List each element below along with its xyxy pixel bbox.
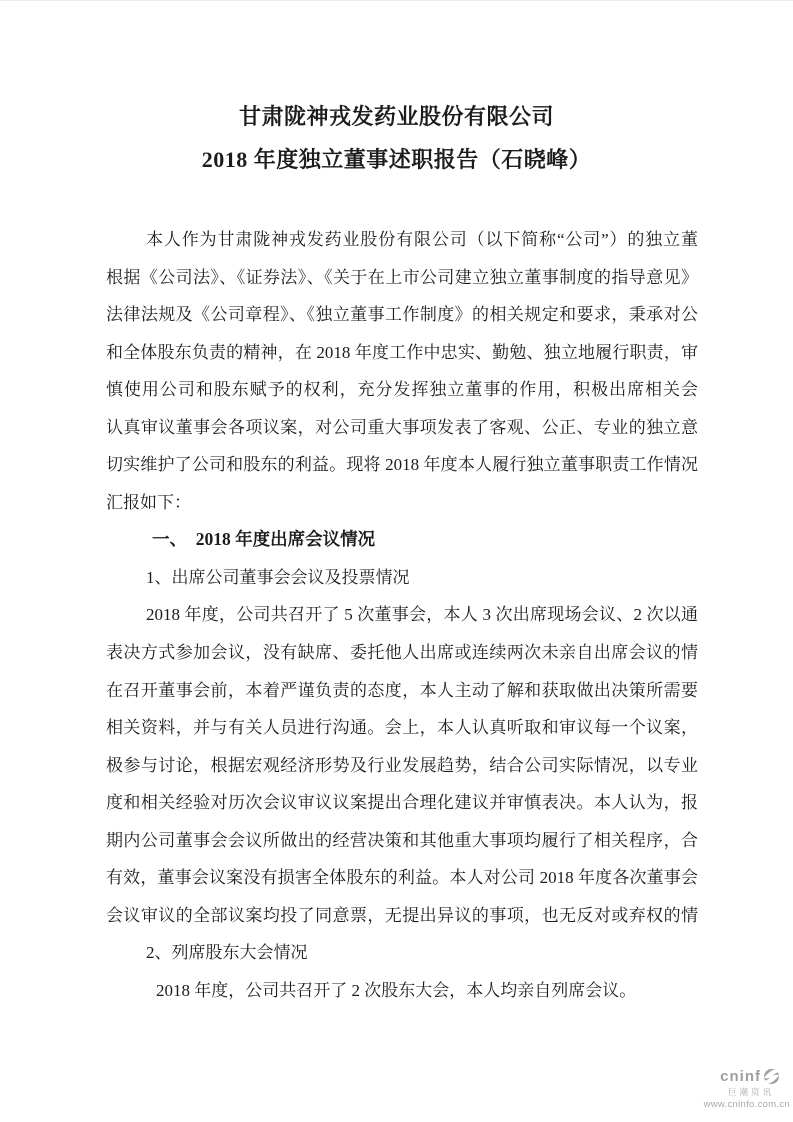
text-line: 期内公司董事会会议所做出的经营决策和其他重大事项均履行了相关程序，合法 bbox=[106, 822, 698, 860]
cninfo-wordmark: cninf bbox=[720, 1069, 761, 1084]
text-line: 一、 2018 年度出席会议情况 bbox=[106, 521, 698, 559]
cninfo-watermark: cninf 巨潮资讯 www.cninfo.com.cn bbox=[704, 1068, 790, 1109]
text-line: 相关资料，并与有关人员进行沟通。会上，本人认真听取和审议每一个议案，积 bbox=[106, 709, 698, 747]
text-line: 切实维护了公司和股东的利益。现将 2018 年度本人履行独立董事职责工作情况 bbox=[106, 446, 698, 484]
text-line: 表决方式参加会议，没有缺席、委托他人出席或连续两次未亲自出席会议的情况。 bbox=[106, 634, 698, 672]
text-line: 根据《公司法》、《证券法》、《关于在上市公司建立独立董事制度的指导意见》等 bbox=[106, 259, 698, 297]
cninfo-url: www.cninfo.com.cn bbox=[704, 1100, 790, 1110]
cninfo-caption: 巨潮资讯 bbox=[704, 1088, 790, 1097]
document-title-line1: 甘肃陇神戎发药业股份有限公司 bbox=[0, 95, 793, 138]
text-line: 法律法规及《公司章程》、《独立董事工作制度》的相关规定和要求，秉承对公司 bbox=[106, 296, 698, 334]
text-line: 和全体股东负责的精神，在 2018 年度工作中忠实、勤勉、独立地履行职责，审 bbox=[106, 334, 698, 372]
text-line: 在召开董事会前，本着严谨负责的态度，本人主动了解和获取做出决策所需要的 bbox=[106, 672, 698, 710]
text-line: 1、出席公司董事会会议及投票情况 bbox=[106, 559, 698, 597]
document-title-line2: 2018 年度独立董事述职报告（石晓峰） bbox=[0, 138, 793, 181]
text-line: 会议审议的全部议案均投了同意票，无提出异议的事项，也无反对或弃权的情形。 bbox=[106, 897, 698, 935]
text-line: 认真审议董事会各项议案，对公司重大事项发表了客观、公正、专业的独立意见， bbox=[106, 409, 698, 447]
document-page: 甘肃陇神戎发药业股份有限公司 2018 年度独立董事述职报告（石晓峰） 本人作为… bbox=[0, 0, 793, 1122]
text-line: 汇报如下： bbox=[106, 484, 698, 522]
text-line: 度和相关经验对历次会议审议议案提出合理化建议并审慎表决。本人认为，报告 bbox=[106, 784, 698, 822]
cninfo-swirl-icon bbox=[763, 1068, 780, 1085]
text-line: 2018 年度，公司共召开了 2 次股东大会，本人均亲自列席会议。 bbox=[106, 972, 698, 1010]
text-line: 本人作为甘肃陇神戎发药业股份有限公司（以下简称“公司”）的独立董事， bbox=[106, 221, 698, 259]
text-line: 慎使用公司和股东赋予的权利，充分发挥独立董事的作用，积极出席相关会议， bbox=[106, 371, 698, 409]
text-line: 有效，董事会议案没有损害全体股东的利益。本人对公司 2018 年度各次董事会 bbox=[106, 859, 698, 897]
text-line: 2、列席股东大会情况 bbox=[106, 934, 698, 972]
cninfo-logo: cninf bbox=[704, 1068, 790, 1085]
text-line: 极参与讨论，根据宏观经济形势及行业发展趋势，结合公司实际情况，以专业角 bbox=[106, 747, 698, 785]
text-line: 2018 年度，公司共召开了 5 次董事会，本人 3 次出席现场会议、2 次以通… bbox=[106, 596, 698, 634]
document-body: 本人作为甘肃陇神戎发药业股份有限公司（以下简称“公司”）的独立董事，根据《公司法… bbox=[106, 221, 698, 1009]
document-title: 甘肃陇神戎发药业股份有限公司 2018 年度独立董事述职报告（石晓峰） bbox=[0, 95, 793, 181]
